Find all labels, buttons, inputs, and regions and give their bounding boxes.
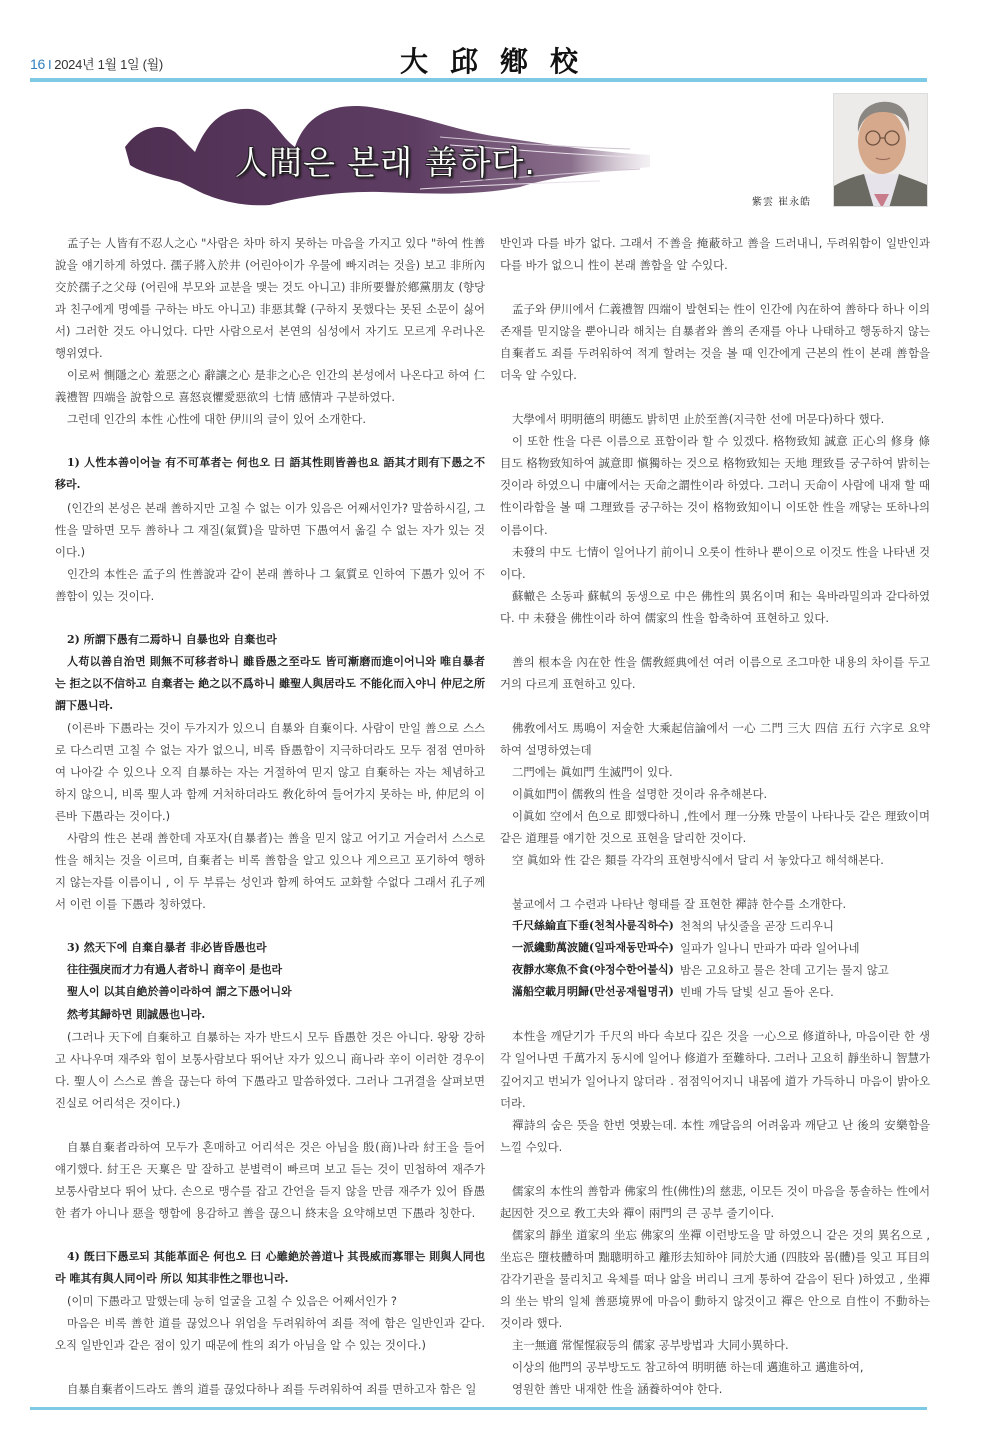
paragraph: 善의 根本을 內在한 性을 儒敎經典에선 여러 이름으로 조그마한 내용의 차이…: [500, 651, 930, 695]
poem-translation: 천척의 낚싯줄을 곧장 드리우니: [680, 915, 930, 937]
poem-original: 滿船空載月明歸(만선공재월명귀): [512, 981, 680, 1003]
paragraph: (이른바 下愚라는 것이 두가지가 있으니 自暴와 自棄이다. 사람이 만일 善…: [55, 717, 485, 827]
classical-quote: 4) 旣曰下愚로되 其能革面은 何也오 曰 心雖絶於善道나 其畏威而寡罪는 則與…: [55, 1246, 485, 1290]
paragraph: 사람의 性은 본래 善한데 자포자(自暴者)는 善을 믿지 않고 어기고 거슬러…: [55, 827, 485, 915]
poem-line: 滿船空載月明歸(만선공재월명귀)빈배 가득 달빛 싣고 돌아 온다.: [500, 981, 930, 1003]
article-column-left: 孟子는 人皆有不忍人之心 "사람은 차마 하지 못하는 마음을 가지고 있다 "…: [55, 232, 485, 1400]
poem-line: 一派纔動萬波隨(일파재동만파수)일파가 일나니 만파가 따라 일어나네: [500, 937, 930, 959]
paragraph: 主一無適 常惺惺寂등의 儒家 공부방법과 大同小異하다.: [500, 1334, 930, 1356]
paragraph: 大學에서 明明德의 明德도 밝히면 止於至善(지극한 선에 머문다)하다 했다.: [500, 408, 930, 430]
paragraph: 二門에는 眞如門 生滅門이 있다.: [500, 761, 930, 783]
classical-quote: 3) 然天下에 自棄自暴者 非必皆昏愚也라: [55, 937, 485, 959]
paragraph-gap: [500, 871, 930, 893]
paragraph-gap: [55, 1224, 485, 1246]
paragraph: 이로써 惻隱之心 羞惡之心 辭讓之心 是非之心은 인간의 본성에서 나온다고 하…: [55, 364, 485, 408]
page-number: 16: [30, 56, 45, 72]
paragraph-gap: [55, 915, 485, 937]
paragraph: 이眞如門이 儒敎의 性을 설명한 것이라 유추해본다.: [500, 783, 930, 805]
poem-translation: 일파가 일나니 만파가 따라 일어나네: [680, 937, 930, 959]
top-divider: [30, 78, 927, 82]
paragraph-gap: [500, 1003, 930, 1025]
paragraph-gap: [500, 629, 930, 651]
paragraph: 孟子는 人皆有不忍人之心 "사람은 차마 하지 못하는 마음을 가지고 있다 "…: [55, 232, 485, 364]
author-photo: [833, 93, 928, 207]
paragraph-gap: [500, 695, 930, 717]
poem-original: 夜靜水寒魚不食(야정수한어불식): [512, 959, 680, 981]
paragraph-gap: [55, 430, 485, 452]
poem-original: 千尺絲綸直下垂(천척사륜직하수): [512, 915, 680, 937]
paragraph: 禪詩의 숨은 뜻을 한번 엿봤는데. 本性 깨달음의 어려움과 깨닫고 난 後의…: [500, 1114, 930, 1158]
bottom-divider: [30, 1407, 927, 1410]
paragraph: 이 또한 性을 다른 이름으로 표함이라 할 수 있겠다. 格物致知 誠意 正心…: [500, 430, 930, 540]
zen-poem: 千尺絲綸直下垂(천척사륜직하수)천척의 낚싯줄을 곧장 드리우니一派纔動萬波隨(…: [500, 915, 930, 1003]
paragraph: 佛敎에서도 馬鳴이 저술한 大乘起信論에서 一心 二門 三大 四信 五行 六字로…: [500, 717, 930, 761]
poem-original: 一派纔動萬波隨(일파재동만파수): [512, 937, 680, 959]
classical-quote: 2) 所謂下愚有二焉하니 自暴也와 自棄也라: [55, 629, 485, 651]
paragraph: 반인과 다를 바가 없다. 그래서 不善을 掩蔽하고 善을 드러내니, 두려워함…: [500, 232, 930, 276]
paragraph: 自暴自棄者이드라도 善의 道를 끊었다하나 죄를 두려워하여 죄를 면하고자 함…: [55, 1378, 485, 1400]
paragraph: (그러나 天下에 自棄하고 自暴하는 자가 반드시 모두 昏愚한 것은 아니다.…: [55, 1026, 485, 1114]
paragraph: 空 眞如와 性 같은 類를 각각의 표현방식에서 달리 서 놓았다고 해석해본다…: [500, 849, 930, 871]
article-column-right: 반인과 다를 바가 없다. 그래서 不善을 掩蔽하고 善을 드러내니, 두려워함…: [500, 232, 930, 1400]
classical-quote: 人苟以善自治면 則無不可移者하니 雖昏愚之至라도 皆可漸磨而進이어니와 唯自暴者…: [55, 651, 485, 717]
headline-banner: 人間은 본래 善하다.: [120, 97, 660, 207]
paragraph: 이眞如 空에서 色으로 即했다하니 ,性에서 理一分殊 만물이 나타나듯 같은 …: [500, 805, 930, 849]
paragraph: 未發의 中도 七情이 일어나기 前이니 오롯이 性하나 뿐이으로 이것도 性을 …: [500, 541, 930, 585]
paragraph: 불교에서 그 수련과 나타난 형태를 잘 표현한 禪詩 한수를 소개한다.: [500, 893, 930, 915]
classical-quote: 1) 人性本善이어늘 有不可革者는 何也오 曰 語其性則皆善也요 語其才則有下愚…: [55, 452, 485, 496]
paragraph-gap: [55, 607, 485, 629]
classical-quote: 然考其歸하면 則誠愚也니라.: [55, 1004, 485, 1026]
poem-translation: 밤은 고요하고 물은 찬데 고기는 물지 않고: [680, 959, 930, 981]
paragraph-gap: [500, 386, 930, 408]
classical-quote: 往往强戾而才力有過人者하니 商辛이 是也라: [55, 959, 485, 981]
author-byline: 紫雲 崔永皓: [752, 193, 811, 208]
paragraph: 儒家의 靜坐 道家의 坐忘 佛家의 坐禪 이런방도을 말 하였으니 같은 것의 …: [500, 1224, 930, 1334]
page-separator: I: [48, 57, 51, 72]
paragraph: 그런데 인간의 本性 心性에 대한 伊川의 글이 있어 소개한다.: [55, 408, 485, 430]
portrait-icon: [834, 94, 928, 207]
paragraph-gap: [500, 276, 930, 298]
paragraph: 孟子와 伊川에서 仁義禮智 四端이 발현되는 性이 인간에 內在하여 善하다 하…: [500, 298, 930, 386]
article-headline: 人間은 본래 善하다.: [235, 137, 536, 184]
paragraph: 인간의 本性은 孟子의 性善說과 같이 본래 善하나 그 氣質로 인하여 下愚가…: [55, 563, 485, 607]
poem-line: 夜靜水寒魚不食(야정수한어불식)밤은 고요하고 물은 찬데 고기는 물지 않고: [500, 959, 930, 981]
paragraph: 本性을 깨닫기가 千尺의 바다 속보다 깊은 것을 一心으로 修道하나, 마음이…: [500, 1025, 930, 1113]
paragraph-gap: [55, 1356, 485, 1378]
paragraph: 영원한 善만 내재한 性을 涵養하여야 한다.: [500, 1378, 930, 1400]
paragraph: 이상의 他門의 공부방도도 참고하여 明明德 하는데 邁進하고 邁進하여,: [500, 1356, 930, 1378]
poem-translation: 빈배 가득 달빛 싣고 돌아 온다.: [680, 981, 930, 1003]
issue-date: 2024년 1월 1일 (월): [54, 57, 163, 72]
paragraph: 蘇轍은 소동파 蘇軾의 동생으로 中은 佛性의 異名이며 和는 육바라밀의과 같…: [500, 585, 930, 629]
poem-line: 千尺絲綸直下垂(천척사륜직하수)천척의 낚싯줄을 곧장 드리우니: [500, 915, 930, 937]
paper-title: 大邱鄕校: [400, 40, 600, 80]
paragraph: (인간의 본성은 본래 善하지만 고칠 수 없는 이가 있음은 어째서인가? 말…: [55, 497, 485, 563]
paragraph-gap: [55, 1114, 485, 1136]
paragraph: 儒家의 本性의 善함과 佛家의 性(佛性)의 慈悲, 이모든 것이 마음을 통솔…: [500, 1180, 930, 1224]
paragraph: 自暴自棄者라하여 모두가 혼매하고 어리석은 것은 아님을 殷(商)나라 紂王을…: [55, 1136, 485, 1224]
page-info: 16I2024년 1월 1일 (월): [30, 54, 163, 73]
paragraph: 마음은 비록 善한 道를 끊었으나 위엄을 두려워하여 죄를 적에 함은 일반인…: [55, 1312, 485, 1356]
classical-quote: 聖人이 以其自絶於善이라하여 謂之下愚어니와: [55, 981, 485, 1003]
paragraph: (이미 下愚라고 말했는데 능히 얼굴을 고칠 수 있음은 어째서인가 ?: [55, 1290, 485, 1312]
masthead: 16I2024년 1월 1일 (월) 大邱鄕校: [30, 40, 927, 82]
paragraph-gap: [500, 1158, 930, 1180]
